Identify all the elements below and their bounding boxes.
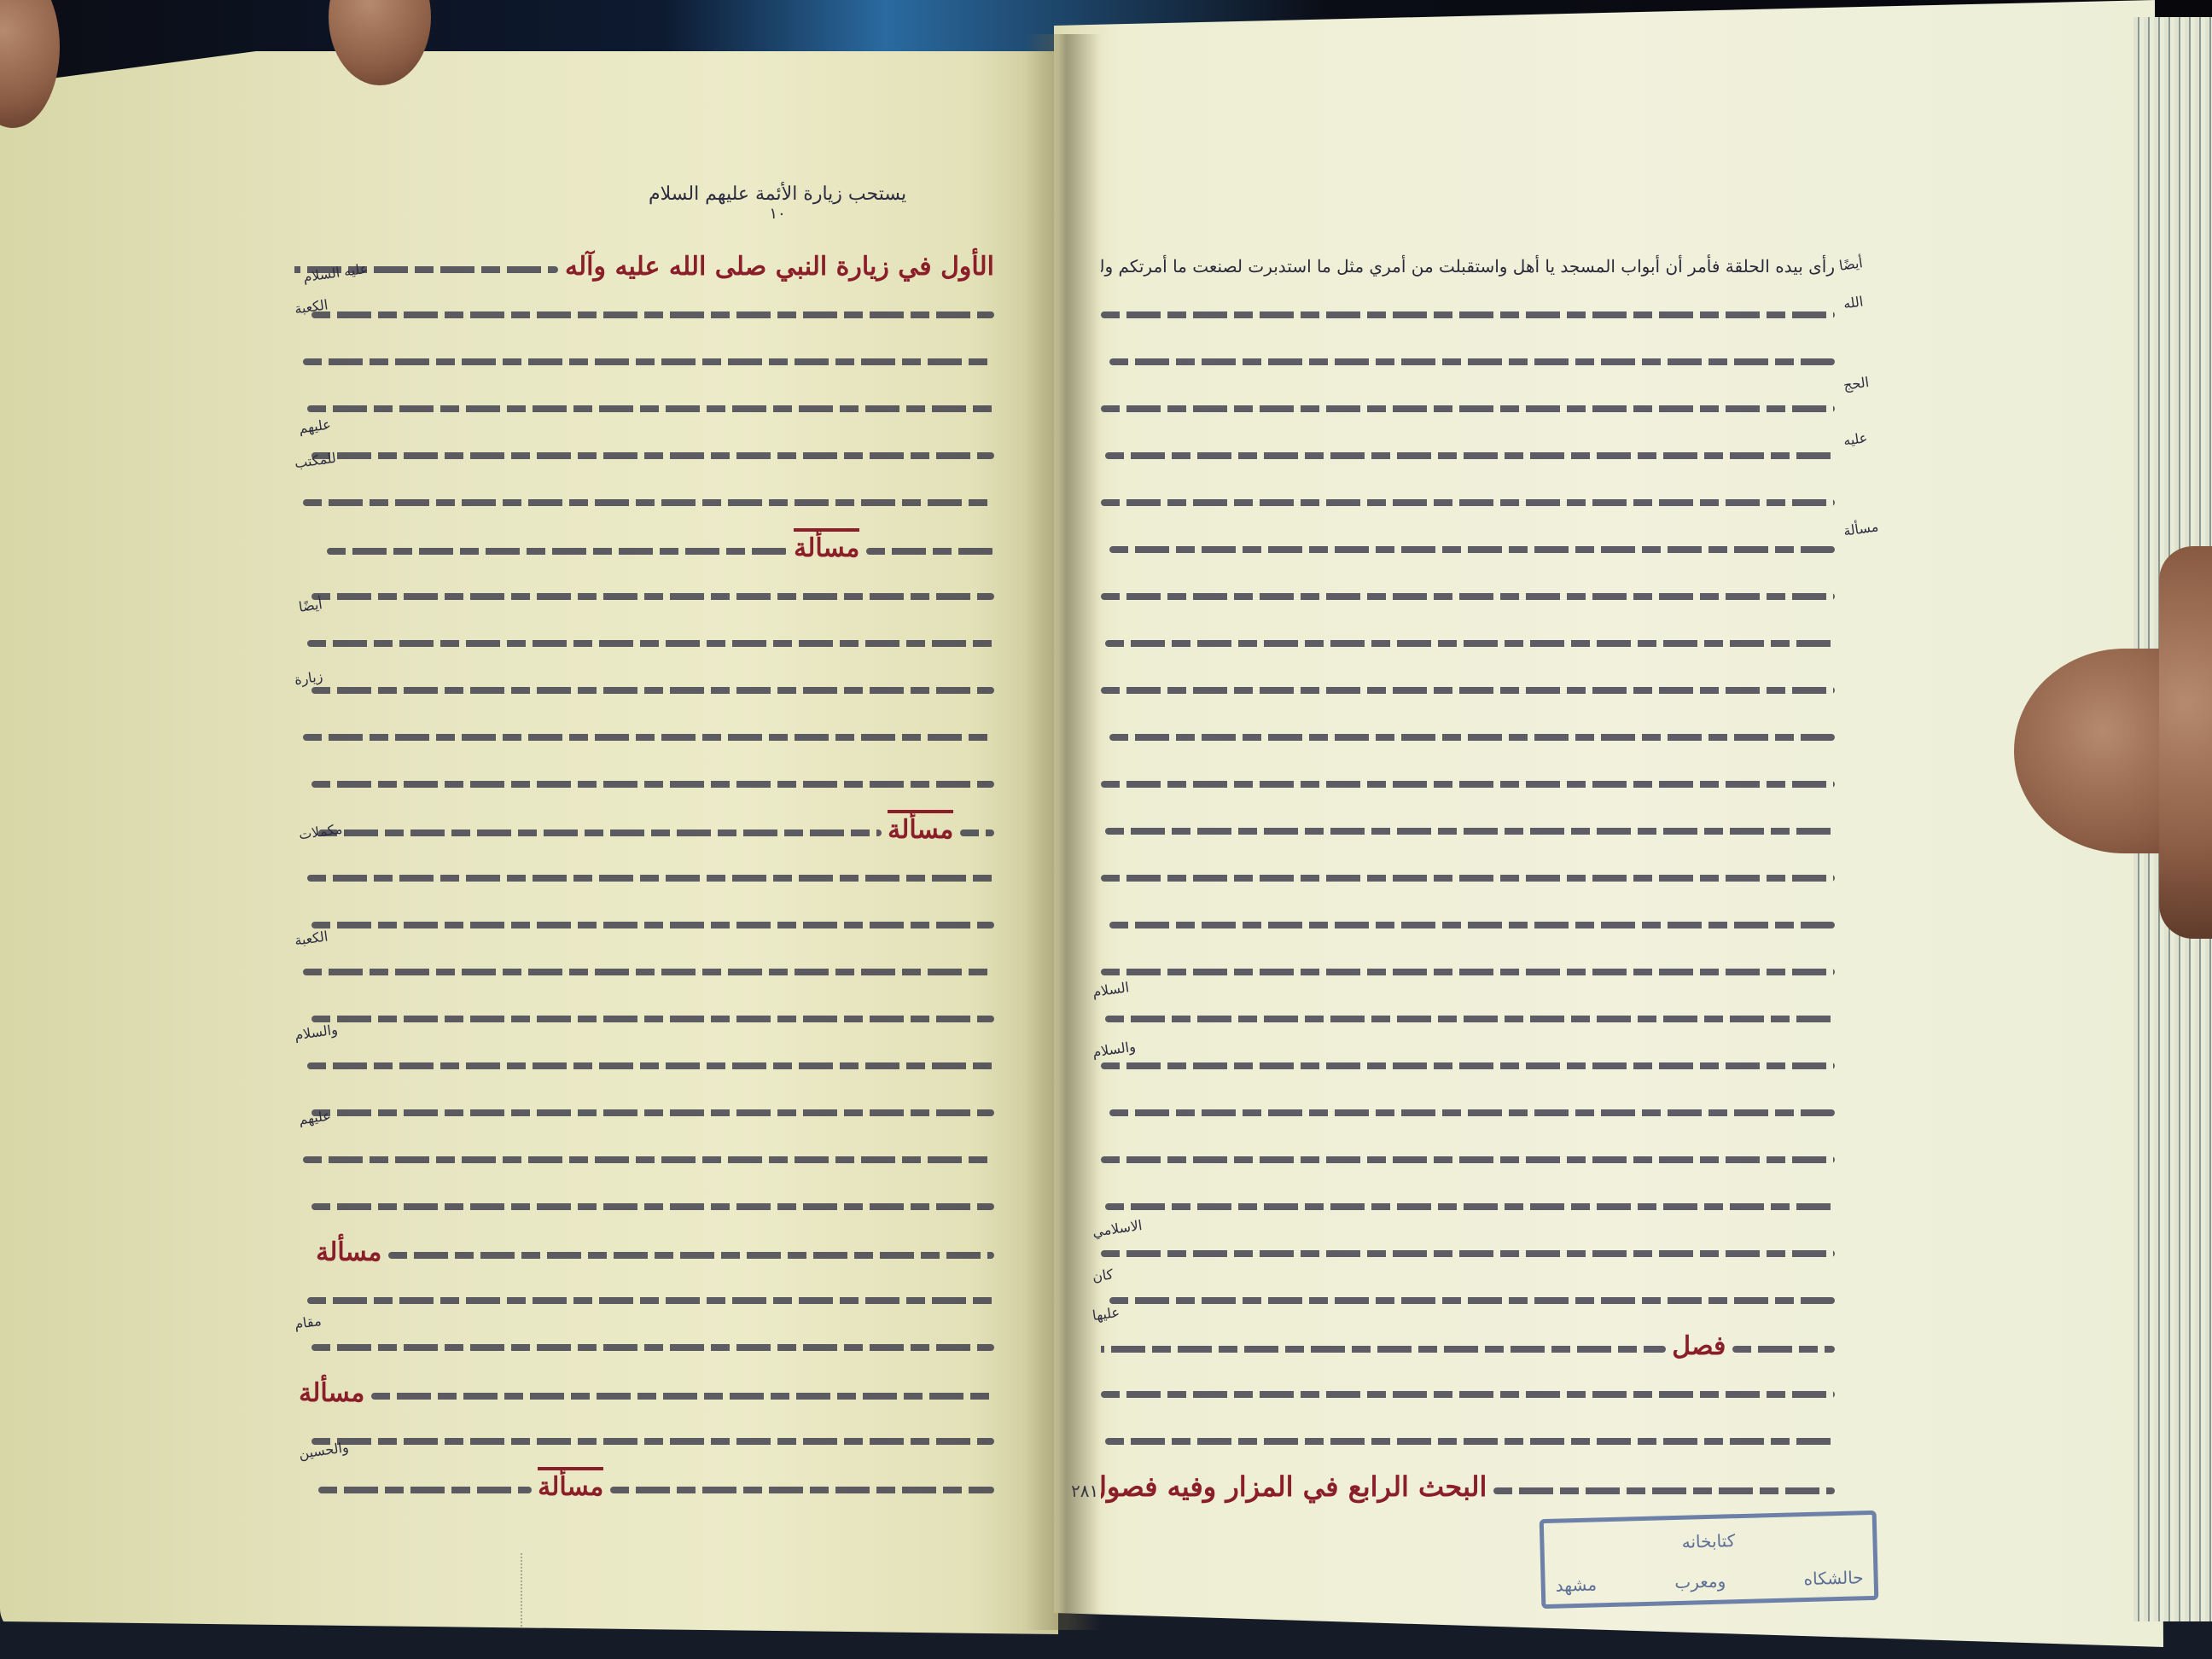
stamp-line2-middle: ومعرب [1674, 1570, 1726, 1592]
margin-gloss: الحج [1842, 374, 1870, 393]
header-note: يستحب زيارة الأئمة عليهم السلام ١٠ [649, 183, 906, 223]
margin-gloss: أيضًا [298, 596, 323, 615]
rubric-masala-2: مسألة [888, 810, 953, 845]
book-gutter [1024, 34, 1101, 1630]
pencil-marks [256, 1553, 522, 1634]
left-page: الأول في زيارة النبي صلى الله عليه وآله … [0, 51, 1058, 1634]
heading-rubric: الأول في زيارة النبي صلى الله عليه وآله [565, 252, 994, 282]
header-number: ١٠ [649, 205, 906, 223]
margin-gloss: أيضًا [1838, 254, 1864, 274]
right-page-text: رأى بيده الحلقة فأمر أن أبواب المسجد يا … [1101, 243, 1835, 1511]
rubric-fasl: فصل [1672, 1331, 1726, 1361]
stamp-line2-left: مشهد [1555, 1574, 1597, 1595]
rubric-masala-3: مسألة [316, 1237, 381, 1267]
stamp-line2: حالشكاه ومعرب مشهد [1555, 1567, 1864, 1595]
rubric-section-heading: البحث الرابع في المزار وفيه فصول [1101, 1470, 1487, 1503]
header-note-text: يستحب زيارة الأئمة عليهم السلام [649, 183, 906, 205]
right-page: رأى بيده الحلقة فأمر أن أبواب المسجد يا … [1054, 0, 2163, 1647]
rubric-masala-4: مسألة [299, 1378, 364, 1408]
stamp-line1: كتابخانه [1544, 1527, 1872, 1556]
first-line-text: رأى بيده الحلقة فأمر أن أبواب المسجد يا … [1101, 256, 1835, 276]
hand-right [2159, 546, 2212, 939]
left-page-text: الأول في زيارة النبي صلى الله عليه وآله … [294, 243, 994, 1511]
margin-gloss: مسألة [1842, 518, 1879, 539]
margin-gloss: عليه [1842, 429, 1869, 449]
stamp-line2-right: حالشكاه [1803, 1567, 1864, 1589]
library-stamp: كتابخانه حالشكاه ومعرب مشهد [1540, 1511, 1879, 1609]
rubric-masala-1: مسألة [794, 528, 859, 563]
margin-gloss: الله [1842, 293, 1865, 311]
rubric-masala-5: مسألة [538, 1467, 603, 1502]
